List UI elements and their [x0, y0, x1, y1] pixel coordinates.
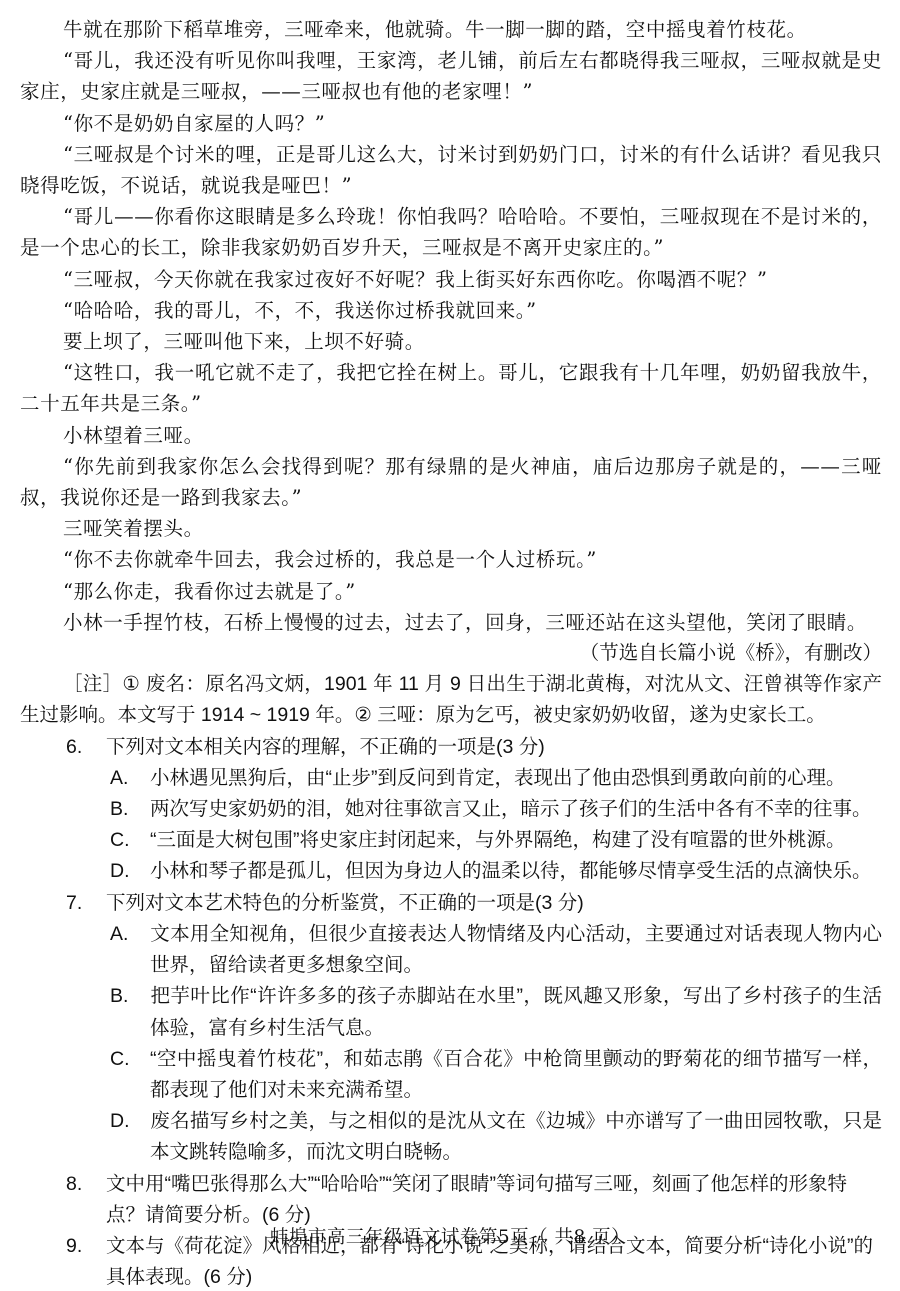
option-text: “空中摇曳着竹枝花”，和茹志鹃《百合花》中枪筒里颤动的野菊花的细节描写一样，都表… — [150, 1048, 882, 1101]
question-stem: 下列对文本相关内容的理解，不正确的一项是(3 分) — [106, 736, 545, 758]
passage-paragraph: “哈哈哈，我的哥儿，不，不，我送你过桥我就回来。” — [20, 295, 882, 326]
option-d: D.废名描写乡村之美，与之相似的是沈从文在《边城》中亦谱写了一曲田园牧歌，只是本… — [20, 1106, 882, 1168]
option-letter: C. — [110, 1044, 150, 1075]
question-stem: 下列对文本艺术特色的分析鉴赏，不正确的一项是(3 分) — [106, 892, 584, 914]
passage-paragraph: “三哑叔是个讨米的哩，正是哥儿这么大，讨米讨到奶奶门口，讨米的有什么话讲？看见我… — [20, 139, 882, 201]
passage-paragraph: 小林一手捏竹枝，石桥上慢慢的过去，过去了，回身，三哑还站在这头望他，笑闭了眼睛。 — [20, 607, 882, 638]
passage-paragraph: “这牲口，我一吼它就不走了，我把它拴在树上。哥儿，它跟我有十几年哩，奶奶留我放牛… — [20, 357, 882, 419]
passage-paragraph: “哥儿——你看你这眼睛是多么玲珑！你怕我吗？哈哈哈。不要怕，三哑叔现在不是讨米的… — [20, 201, 882, 263]
exam-page: 牛就在那阶下稻草堆旁，三哑牵来，他就骑。牛一脚一脚的踏，空中摇曳着竹枝花。 “哥… — [20, 14, 882, 1291]
passage-paragraph: “你不是奶奶自家屋的人吗？” — [20, 108, 882, 139]
passage-paragraph: 小林望着三哑。 — [20, 420, 882, 451]
option-letter: D. — [110, 856, 150, 887]
question-number: 7. — [66, 888, 106, 919]
option-c: C.“三面是大树包围”将史家庄封闭起来，与外界隔绝，构建了没有喧嚣的世外桃源。 — [20, 825, 882, 856]
option-text: “三面是大树包围”将史家庄封闭起来，与外界隔绝，构建了没有喧嚣的世外桃源。 — [150, 829, 846, 851]
passage-paragraph: “你先前到我家你怎么会找得到呢？那有绿鼎的是火神庙，庙后边那房子就是的，——三哑… — [20, 451, 882, 513]
question-7: 7.下列对文本艺术特色的分析鉴赏，不正确的一项是(3 分) A.文本用全知视角，… — [20, 888, 882, 1169]
option-letter: C. — [110, 825, 150, 856]
option-letter: A. — [110, 919, 150, 950]
question-6: 6.下列对文本相关内容的理解，不正确的一项是(3 分) A.小林遇见黑狗后，由“… — [20, 732, 882, 888]
passage: 牛就在那阶下稻草堆旁，三哑牵来，他就骑。牛一脚一脚的踏，空中摇曳着竹枝花。 “哥… — [20, 14, 882, 638]
passage-paragraph: “哥儿，我还没有听见你叫我哩，王家湾，老儿铺，前后左右都晓得我三哑叔，三哑叔就是… — [20, 45, 882, 107]
question-stem: 文中用“嘴巴张得那么大”“哈哈哈”“笑闭了眼睛”等词句描写三哑，刻画了他怎样的形… — [106, 1173, 847, 1226]
passage-paragraph: “你不去你就牵牛回去，我会过桥的，我总是一个人过桥玩。” — [20, 544, 882, 575]
option-text: 两次写史家奶奶的泪，她对往事欲言又止，暗示了孩子们的生活中各有不幸的往事。 — [150, 798, 872, 820]
option-text: 文本用全知视角，但很少直接表达人物情绪及内心活动，主要通过对话表现人物内心世界，… — [150, 923, 882, 976]
option-d: D.小林和琴子都是孤儿，但因为身边人的温柔以待，都能够尽情享受生活的点滴快乐。 — [20, 856, 882, 887]
passage-paragraph: 三哑笑着摆头。 — [20, 513, 882, 544]
option-text: 小林和琴子都是孤儿，但因为身边人的温柔以待，都能够尽情享受生活的点滴快乐。 — [150, 860, 872, 882]
passage-paragraph: 要上坝了，三哑叫他下来，上坝不好骑。 — [20, 326, 882, 357]
option-text: 废名描写乡村之美，与之相似的是沈从文在《边城》中亦谱写了一曲田园牧歌，只是本文跳… — [150, 1110, 882, 1163]
option-text: 小林遇见黑狗后，由“止步”到反问到肯定，表现出了他由恐惧到勇敢向前的心理。 — [150, 767, 846, 789]
option-letter: D. — [110, 1106, 150, 1137]
option-text: 把芋叶比作“许许多多的孩子赤脚站在水里”，既风趣又形象，写出了乡村孩子的生活体验… — [150, 985, 882, 1038]
option-b: B.把芋叶比作“许许多多的孩子赤脚站在水里”，既风趣又形象，写出了乡村孩子的生活… — [20, 981, 882, 1043]
passage-paragraph: “三哑叔，今天你就在我家过夜好不好呢？我上街买好东西你吃。你喝酒不呢？” — [20, 264, 882, 295]
option-a: A.小林遇见黑狗后，由“止步”到反问到肯定，表现出了他由恐惧到勇敢向前的心理。 — [20, 763, 882, 794]
question-8: 8.文中用“嘴巴张得那么大”“哈哈哈”“笑闭了眼睛”等词句描写三哑，刻画了他怎样… — [20, 1169, 882, 1231]
option-letter: B. — [110, 794, 150, 825]
source-citation: （节选自长篇小说《桥》，有删改） — [20, 638, 882, 669]
option-letter: A. — [110, 763, 150, 794]
question-number: 6. — [66, 732, 106, 763]
footnote: ［注］① 废名：原名冯文炳，1901 年 11 月 9 日出生于湖北黄梅，对沈从… — [20, 669, 882, 731]
option-c: C.“空中摇曳着竹枝花”，和茹志鹃《百合花》中枪筒里颤动的野菊花的细节描写一样，… — [20, 1044, 882, 1106]
passage-paragraph: “那么你走，我看你过去就是了。” — [20, 576, 882, 607]
question-number: 8. — [66, 1169, 106, 1200]
option-a: A.文本用全知视角，但很少直接表达人物情绪及内心活动，主要通过对话表现人物内心世… — [20, 919, 882, 981]
page-footer: 蚌埠市高三年级语文试卷第5页（ 共8 页） — [0, 1223, 900, 1249]
option-b: B.两次写史家奶奶的泪，她对往事欲言又止，暗示了孩子们的生活中各有不幸的往事。 — [20, 794, 882, 825]
passage-paragraph: 牛就在那阶下稻草堆旁，三哑牵来，他就骑。牛一脚一脚的踏，空中摇曳着竹枝花。 — [20, 14, 882, 45]
option-letter: B. — [110, 981, 150, 1012]
